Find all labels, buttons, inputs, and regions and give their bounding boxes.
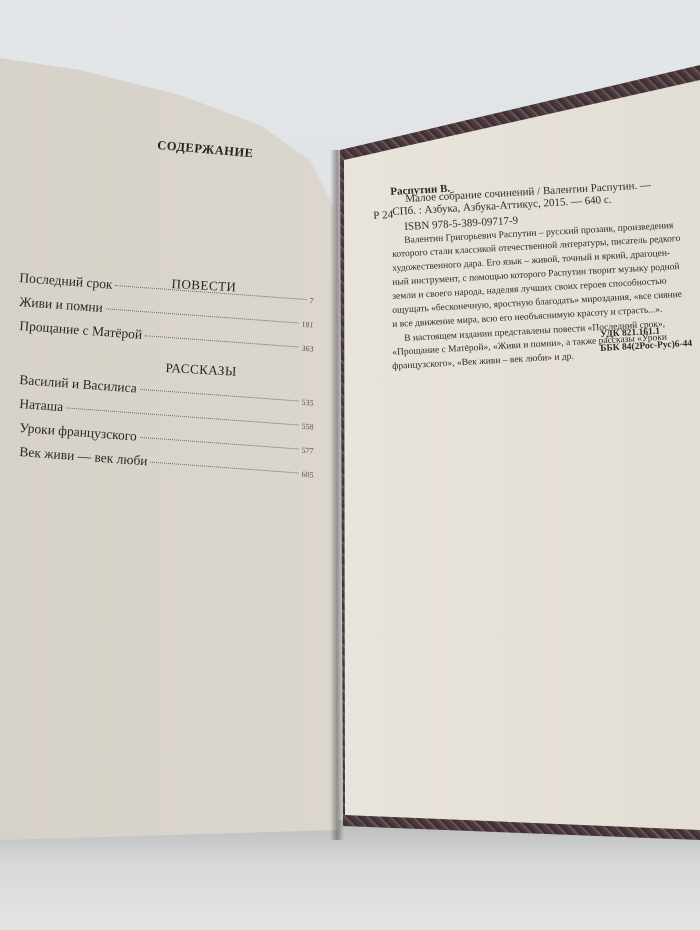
toc-entry-page: 558 <box>301 422 314 432</box>
toc-entry-page: 577 <box>301 446 314 456</box>
catalog-code: Р 24 <box>373 209 394 222</box>
toc-entry-page: 181 <box>301 320 314 330</box>
book-spine-shadow <box>330 150 344 840</box>
toc-entry-page: 535 <box>301 398 314 408</box>
toc-entry-page: 605 <box>301 470 314 480</box>
toc-entry-title: Наташа <box>19 396 64 415</box>
toc-entry-page: 7 <box>309 296 314 305</box>
toc-entry-page: 363 <box>301 344 314 354</box>
